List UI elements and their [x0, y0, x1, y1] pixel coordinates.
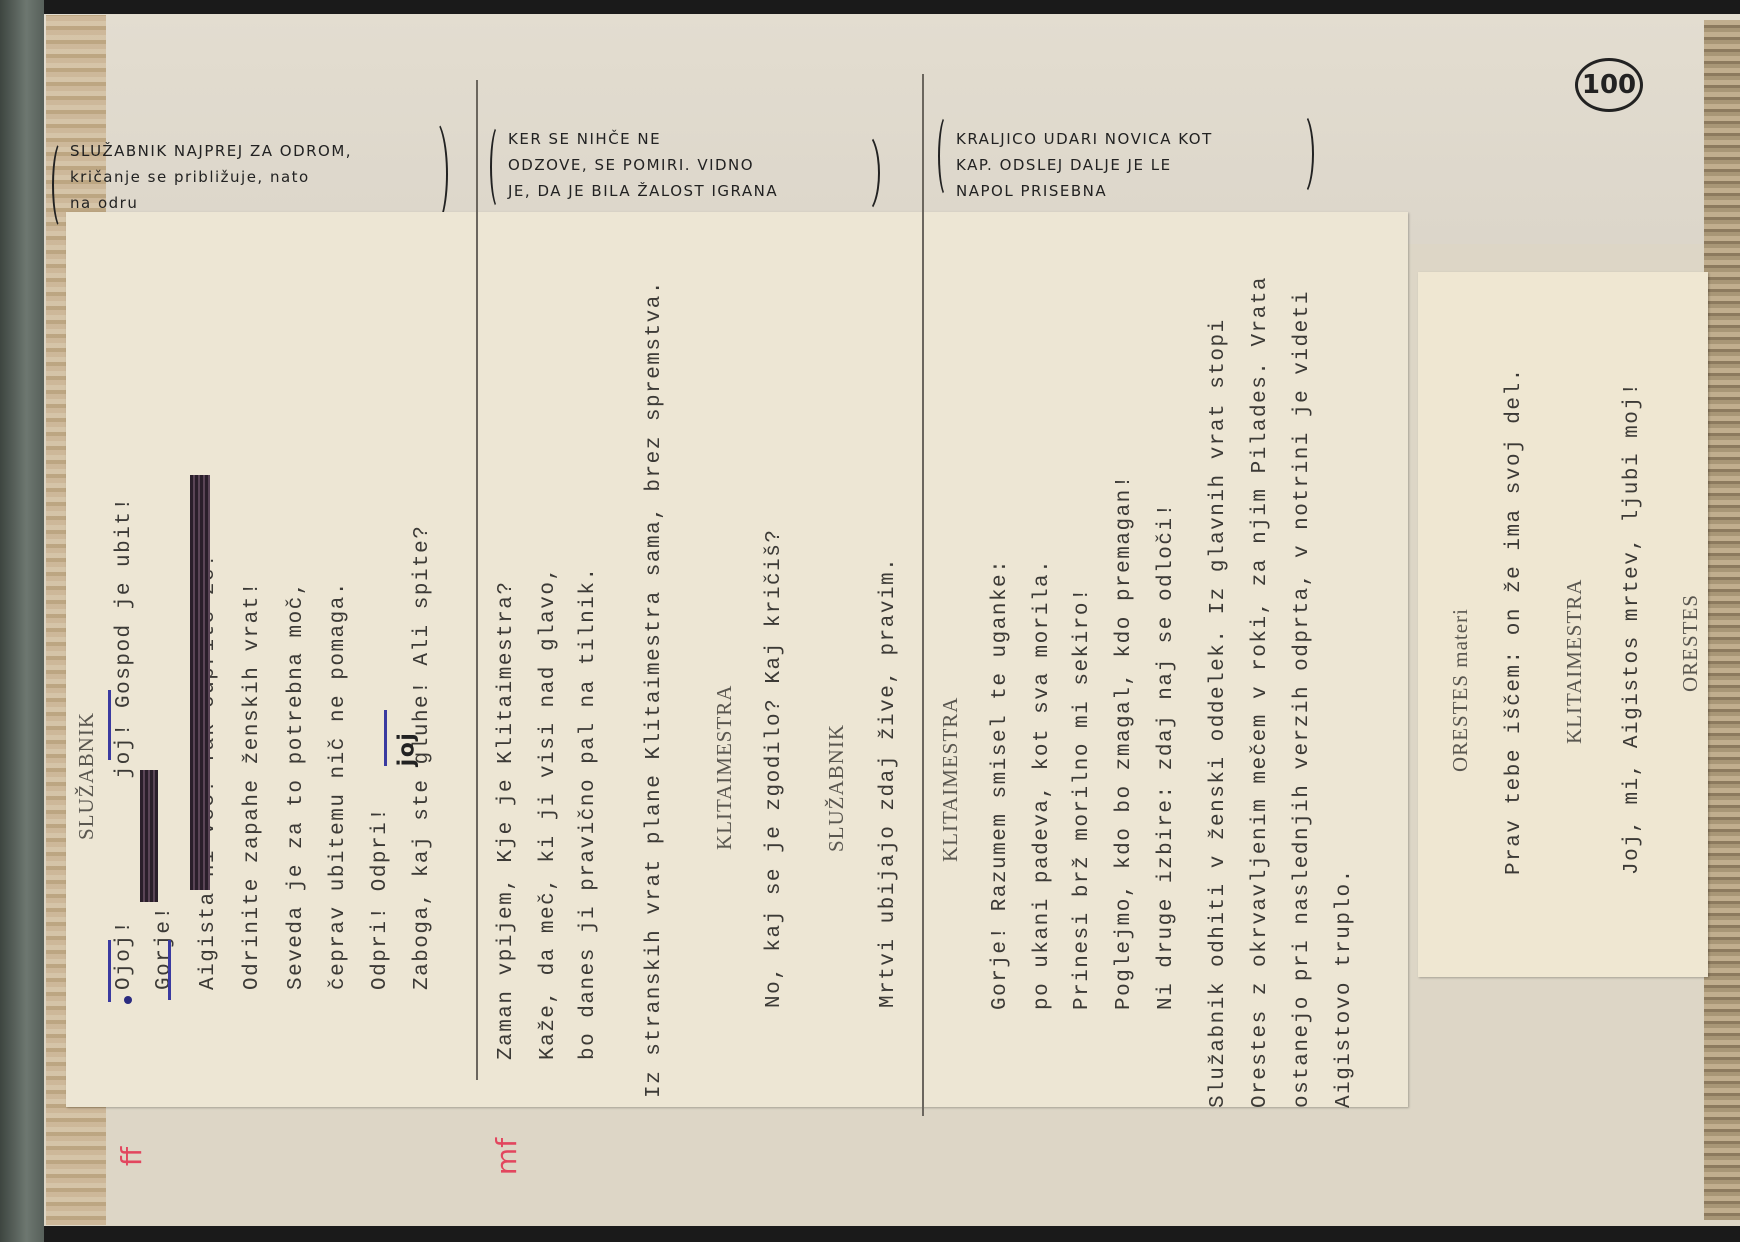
insert-arrow-icon	[108, 690, 123, 760]
speaker-klitaimestra: KLITAIMESTRA	[714, 685, 735, 850]
column-separator	[922, 74, 924, 1116]
note1-line: SLUŽABNIK NAJPREJ ZA ODROM,	[70, 138, 352, 164]
script-line: Seveda je za to potrebna moč,	[286, 581, 307, 990]
speaker-sluzabnik: SLUŽABNIK	[76, 712, 97, 840]
speaker-orestes: ORESTES materi	[1450, 608, 1471, 772]
script-line: Joj, mi, Aigistos mrtev, ljubi moj!	[1622, 381, 1643, 875]
script-line: čeprav ubitemu nič ne pomaga.	[328, 581, 349, 990]
annotation-note-3: KRALJICO UDARI NOVICA KOT KAP. ODSLEJ DA…	[956, 126, 1213, 204]
note3-open-paren	[938, 114, 956, 198]
insert-arrow-icon	[108, 940, 125, 1002]
script-line: Odrinite zapahe ženskih vrat!	[242, 581, 263, 990]
note3-line: KAP. ODSLEJ DALJE JE LE	[956, 152, 1213, 178]
script-line: No, kaj se je zgodilo? Kaj kričiš?	[764, 529, 785, 1008]
speaker-orestes: ORESTES	[1680, 594, 1701, 692]
insert-arrow-icon	[168, 940, 185, 1000]
script-line: Ni druge izbire: zdaj naj se odloči!	[1156, 502, 1177, 1010]
stage-direction: ostanejo pri naslednjih verzih odprta, v…	[1292, 290, 1313, 1108]
stage-direction: Služabnik odhiti v ženski oddelek. Iz gl…	[1208, 318, 1229, 1108]
column-separator	[476, 80, 478, 1080]
strike-through-mark	[140, 770, 158, 902]
script-line: Poglejmo, kdo bo zmagal, kdo premagan!	[1114, 474, 1135, 1010]
script-line: Prav tebe iščem: on že ima svoj del.	[1504, 367, 1525, 875]
note2-close-paren	[850, 132, 880, 214]
scanner-frame-edge	[0, 0, 44, 1242]
annotation-note-1: SLUŽABNIK NAJPREJ ZA ODROM, kričanje se …	[70, 138, 352, 216]
speaker-klitaimestra: KLITAIMESTRA	[1564, 579, 1585, 744]
script-line: bo danes ji pravično pal na tilnik.	[578, 566, 599, 1060]
script-line: Zaman vpijem, Kje je Klitaimestra?	[496, 581, 517, 1060]
annotation-note-2: KER SE NIHČE NE ODZOVE, SE POMIRI. VIDNO…	[508, 126, 778, 204]
note3-line: NAPOL PRISEBNA	[956, 178, 1213, 204]
stage-direction: Aigistovo truplo.	[1334, 868, 1355, 1108]
note2-open-paren	[490, 124, 508, 210]
tape-strip-right	[1704, 20, 1740, 1220]
note3-close-paren	[1290, 112, 1314, 196]
note2-line: ODZOVE, SE POMIRI. VIDNO	[508, 152, 778, 178]
note2-line: KER SE NIHČE NE	[508, 126, 778, 152]
note1-line: kričanje se približuje, nato	[70, 164, 352, 190]
script-line: Odpri! Odpri!	[370, 807, 391, 990]
page-number: 100	[1575, 58, 1643, 112]
script-line: Prinesi brž morilno mi sekiro!	[1072, 587, 1093, 1010]
note3-line: KRALJICO UDARI NOVICA KOT	[956, 126, 1213, 152]
stage-direction: Orestes z okrvavljenim mečem v roki, za …	[1250, 276, 1271, 1108]
insert-arrow-dot	[124, 996, 132, 1004]
strike-through-mark	[190, 475, 210, 890]
note2-line: JE, DA JE BILA ŽALOST IGRANA	[508, 178, 778, 204]
script-line: Mrtvi ubijajo zdaj žive, pravim.	[878, 557, 899, 1008]
dynamic-mark-mf: mf	[490, 1138, 523, 1175]
dynamic-mark-ff: ff	[115, 1147, 148, 1166]
speaker-klitaimestra: KLITAIMESTRA	[940, 697, 961, 862]
script-line: Gorje! Razumem smisel te uganke:	[990, 559, 1011, 1010]
stage-direction: Iz stranskih vrat plane Klitaimestra sam…	[644, 280, 665, 1098]
script-line: po ukani padeva, kot sva morila.	[1032, 559, 1053, 1010]
handwritten-insert: joj	[394, 732, 420, 767]
speaker-sluzabnik: SLUŽABNIK	[826, 724, 847, 852]
script-line: Kaže, da meč, ki ji visi nad glavo,	[538, 566, 559, 1060]
